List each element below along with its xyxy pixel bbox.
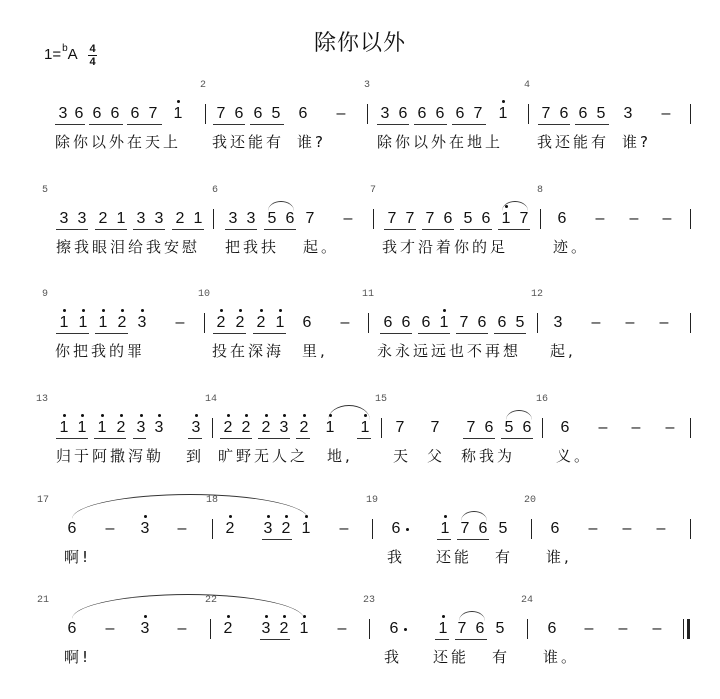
note: 3 (227, 210, 239, 228)
note: 3 (552, 314, 564, 332)
note: 5 (503, 419, 515, 437)
note: 5 (595, 105, 607, 123)
octave-dot (102, 309, 105, 312)
note: 7 (465, 419, 477, 437)
eighth-underline (56, 229, 88, 230)
octave-dot (82, 309, 85, 312)
note: 7 (304, 210, 316, 228)
dash: – (661, 210, 673, 228)
barline (212, 519, 213, 539)
lyric-text: 我还能有 (537, 131, 609, 152)
note: 2 (298, 419, 310, 437)
lyric-text: 起, (550, 340, 576, 361)
note: 2 (224, 520, 236, 538)
note: 6 (474, 620, 486, 638)
dash: – (174, 314, 186, 332)
note: 1 (359, 419, 371, 437)
dash: – (597, 419, 609, 437)
note: 3 (153, 210, 165, 228)
measure-number: 17 (37, 495, 49, 506)
barline (537, 313, 538, 333)
note: 1 (438, 314, 450, 332)
note: 2 (115, 419, 127, 437)
lyric-text: 称我为 (461, 445, 515, 466)
note: 6 (442, 210, 454, 228)
note: 6 (549, 520, 561, 538)
octave-dot (195, 414, 198, 417)
dash: – (176, 620, 188, 638)
note: 2 (222, 419, 234, 437)
time-signature-bottom: 4 (88, 57, 97, 67)
slur (502, 201, 528, 211)
lyric-text: 我 (387, 546, 405, 567)
note: 6 (483, 419, 495, 437)
song-title: 除你以外 (0, 26, 720, 57)
eighth-underline (296, 438, 310, 439)
note: 3 (190, 419, 202, 437)
note: 7 (459, 520, 471, 538)
lyric-text: 谁。 (543, 646, 579, 667)
note: 6 (559, 419, 571, 437)
eighth-underline (220, 438, 252, 439)
lyric-text: 擦我眼泪给我安慰 (56, 236, 200, 257)
eighth-underline (377, 124, 409, 125)
note: 3 (139, 620, 151, 638)
slur (72, 494, 308, 519)
note: 1 (58, 419, 70, 437)
barline (690, 519, 691, 539)
note: 5 (497, 520, 509, 538)
lyric-text: 谁? (622, 131, 651, 152)
barline (690, 104, 691, 124)
note: 2 (260, 419, 272, 437)
note: 2 (255, 314, 267, 332)
note: 6 (480, 210, 492, 228)
note: 6 (454, 105, 466, 123)
note: 6 (390, 520, 402, 538)
time-signature: 4 4 (88, 44, 97, 67)
measure-number: 2 (200, 80, 206, 91)
barline (373, 209, 374, 229)
octave-dot (121, 309, 124, 312)
eighth-underline (437, 539, 451, 540)
octave-dot (227, 414, 230, 417)
barline (205, 104, 206, 124)
eighth-underline (435, 639, 449, 640)
key-signature: 1=bA (44, 46, 78, 63)
dash: – (594, 210, 606, 228)
note: 1 (324, 419, 336, 437)
note: 6 (476, 314, 488, 332)
eighth-underline (94, 438, 126, 439)
octave-dot (141, 309, 144, 312)
note: 6 (382, 314, 394, 332)
eighth-underline (253, 333, 286, 334)
lyric-text: 永永远远也不再想 (377, 340, 521, 361)
note: 6 (558, 105, 570, 123)
dash: – (590, 314, 602, 332)
slur (459, 611, 485, 621)
slur (461, 511, 487, 521)
note: 3 (135, 210, 147, 228)
note: 6 (577, 105, 589, 123)
note: 6 (129, 105, 141, 123)
barline (204, 313, 205, 333)
note: 3 (135, 419, 147, 437)
measure-number: 24 (521, 595, 533, 606)
octave-dot (279, 309, 282, 312)
measure-number: 20 (524, 495, 536, 506)
note: 5 (494, 620, 506, 638)
octave-dot (265, 414, 268, 417)
dash: – (655, 520, 667, 538)
note: 7 (404, 210, 416, 228)
note: 3 (153, 419, 165, 437)
eighth-underline (225, 229, 257, 230)
note: 6 (420, 314, 432, 332)
eighth-underline (213, 124, 245, 125)
barline (368, 313, 369, 333)
barline (690, 418, 691, 438)
barline (683, 619, 684, 639)
eighth-underline (575, 124, 609, 125)
note: 7 (518, 210, 530, 228)
lyric-text: 投在深海 (212, 340, 284, 361)
octave-dot (120, 414, 123, 417)
eighth-underline (262, 539, 292, 540)
measure-number: 12 (531, 289, 543, 300)
note: 7 (394, 419, 406, 437)
note: 2 (240, 419, 252, 437)
lyric-text: 我还能有 (212, 131, 284, 152)
lyric-text: 谁? (297, 131, 326, 152)
note: 3 (260, 620, 272, 638)
lyric-text: 啊! (64, 646, 91, 667)
note: 2 (97, 210, 109, 228)
lyric-text: 有 (492, 646, 510, 667)
dash: – (630, 419, 642, 437)
dash: – (587, 520, 599, 538)
note: 1 (97, 314, 109, 332)
note: 6 (400, 314, 412, 332)
note: 3 (57, 105, 69, 123)
barline (542, 418, 543, 438)
lyric-text: 父 (427, 445, 445, 466)
octave-dot (81, 414, 84, 417)
measure-number: 9 (42, 289, 48, 300)
barline (540, 209, 541, 229)
eighth-underline (414, 124, 447, 125)
note: 7 (458, 314, 470, 332)
key-note: A (68, 46, 78, 63)
note: 6 (297, 105, 309, 123)
dash: – (621, 520, 633, 538)
measure-number: 7 (370, 185, 376, 196)
eighth-underline (258, 438, 290, 439)
lyric-text: 你把我的罪 (55, 340, 145, 361)
note: 3 (262, 520, 274, 538)
note: 6 (434, 105, 446, 123)
eighth-underline (56, 438, 88, 439)
dash: – (335, 105, 347, 123)
note: 6 (388, 620, 400, 638)
eighth-underline (452, 124, 486, 125)
eighth-underline (95, 333, 128, 334)
lyric-text: 我 (384, 646, 402, 667)
note: 3 (245, 210, 257, 228)
eighth-underline (264, 229, 296, 230)
eighth-underline (127, 124, 162, 125)
lyric-text: 有 (495, 546, 513, 567)
note: 3 (278, 419, 290, 437)
eighth-underline (213, 333, 246, 334)
lyric-text: 我才沿着你的足 (382, 236, 508, 257)
barline (527, 619, 528, 639)
note: 6 (252, 105, 264, 123)
note: 6 (66, 520, 78, 538)
note: 7 (147, 105, 159, 123)
dash: – (660, 105, 672, 123)
octave-dot (140, 414, 143, 417)
note: 5 (514, 314, 526, 332)
barline (210, 619, 211, 639)
octave-dot (283, 414, 286, 417)
final-barline (687, 619, 690, 639)
eighth-underline (357, 438, 371, 439)
note: 7 (456, 620, 468, 638)
note: 2 (222, 620, 234, 638)
measure-number: 10 (198, 289, 210, 300)
note: 2 (116, 314, 128, 332)
slur (506, 410, 532, 420)
note: 5 (270, 105, 282, 123)
barline (528, 104, 529, 124)
octave-dot (63, 414, 66, 417)
note: 1 (497, 105, 509, 123)
dash: – (336, 620, 348, 638)
octave-dot (63, 309, 66, 312)
lyric-text: 天 (393, 445, 411, 466)
lyric-text: 谁, (546, 546, 572, 567)
dash: – (658, 314, 670, 332)
lyric-text: 到 (186, 445, 204, 466)
dash: – (176, 520, 188, 538)
note: 6 (521, 419, 533, 437)
barline (367, 104, 368, 124)
barline (690, 313, 691, 333)
note: 1 (96, 419, 108, 437)
octave-dot (245, 414, 248, 417)
measure-number: 16 (536, 394, 548, 405)
note: 1 (500, 210, 512, 228)
eighth-underline (384, 229, 416, 230)
barline (213, 209, 214, 229)
note: 1 (298, 620, 310, 638)
note: 1 (300, 520, 312, 538)
note: 1 (77, 314, 89, 332)
note: 1 (58, 314, 70, 332)
eighth-underline (260, 639, 290, 640)
note: 6 (233, 105, 245, 123)
augmentation-dot (406, 528, 409, 531)
eighth-underline (172, 229, 204, 230)
slur (72, 594, 304, 619)
measure-number: 3 (364, 80, 370, 91)
note: 3 (76, 210, 88, 228)
dash: – (651, 620, 663, 638)
lyric-text: 旷野无人之 (218, 445, 308, 466)
measure-number: 19 (366, 495, 378, 506)
note: 1 (437, 620, 449, 638)
note: 1 (76, 419, 88, 437)
octave-dot (260, 309, 263, 312)
measure-number: 11 (362, 289, 374, 300)
dash: – (104, 620, 116, 638)
note: 6 (91, 105, 103, 123)
measure-number: 4 (524, 80, 530, 91)
note: 3 (58, 210, 70, 228)
eighth-underline (188, 438, 202, 439)
eighth-underline (133, 438, 146, 439)
octave-dot (443, 309, 446, 312)
octave-dot (220, 309, 223, 312)
note: 6 (301, 314, 313, 332)
barline (369, 619, 370, 639)
slur (268, 201, 294, 211)
lyric-text: 里, (302, 340, 328, 361)
dash: – (628, 210, 640, 228)
barline (372, 519, 373, 539)
note: 7 (429, 419, 441, 437)
note: 2 (174, 210, 186, 228)
lyric-text: 还能 (433, 646, 469, 667)
eighth-underline (463, 438, 495, 439)
note: 5 (266, 210, 278, 228)
time-signature-top: 4 (88, 44, 97, 54)
note: 7 (424, 210, 436, 228)
measure-number: 23 (363, 595, 375, 606)
note: 3 (379, 105, 391, 123)
barline (212, 418, 213, 438)
dash: – (664, 419, 676, 437)
lyric-text: 义。 (556, 445, 592, 466)
octave-dot (158, 414, 161, 417)
note: 6 (416, 105, 428, 123)
key-prefix: 1= (44, 46, 61, 63)
measure-number: 14 (205, 394, 217, 405)
measure-number: 6 (212, 185, 218, 196)
note: 6 (546, 620, 558, 638)
augmentation-dot (404, 628, 407, 631)
note: 6 (109, 105, 121, 123)
dash: – (339, 314, 351, 332)
eighth-underline (498, 229, 530, 230)
eighth-underline (455, 639, 487, 640)
lyric-text: 把我扶 (225, 236, 279, 257)
octave-dot (502, 100, 505, 103)
eighth-underline (380, 333, 412, 334)
eighth-underline (95, 229, 127, 230)
eighth-underline (250, 124, 284, 125)
barline (531, 519, 532, 539)
note: 5 (462, 210, 474, 228)
dash: – (104, 520, 116, 538)
note: 2 (215, 314, 227, 332)
octave-dot (303, 414, 306, 417)
measure-number: 21 (37, 595, 49, 606)
lyric-text: 起。 (303, 236, 339, 257)
dash: – (624, 314, 636, 332)
dash: – (338, 520, 350, 538)
note: 7 (215, 105, 227, 123)
note: 6 (496, 314, 508, 332)
note: 1 (172, 105, 184, 123)
note: 1 (439, 520, 451, 538)
eighth-underline (55, 124, 85, 125)
lyric-text: 除你以外在地上 (377, 131, 503, 152)
note: 6 (284, 210, 296, 228)
note: 1 (274, 314, 286, 332)
note: 2 (280, 520, 292, 538)
eighth-underline (133, 229, 165, 230)
barline (381, 418, 382, 438)
note: 1 (115, 210, 127, 228)
lyric-text: 啊! (64, 546, 91, 567)
measure-number: 5 (42, 185, 48, 196)
eighth-underline (418, 333, 450, 334)
dash: – (583, 620, 595, 638)
note: 6 (397, 105, 409, 123)
note: 2 (278, 620, 290, 638)
eighth-underline (89, 124, 123, 125)
measure-number: 13 (36, 394, 48, 405)
eighth-underline (56, 333, 89, 334)
octave-dot (177, 100, 180, 103)
dash: – (617, 620, 629, 638)
eighth-underline (456, 333, 488, 334)
note: 6 (73, 105, 85, 123)
eighth-underline (494, 333, 526, 334)
lyric-text: 除你以外在天上 (55, 131, 181, 152)
measure-number: 8 (537, 185, 543, 196)
octave-dot (239, 309, 242, 312)
note: 3 (139, 520, 151, 538)
note: 3 (136, 314, 148, 332)
note: 7 (386, 210, 398, 228)
octave-dot (442, 615, 445, 618)
lyric-text: 还能 (436, 546, 472, 567)
measure-number: 15 (375, 394, 387, 405)
note: 6 (556, 210, 568, 228)
note: 6 (66, 620, 78, 638)
octave-dot (444, 515, 447, 518)
note: 7 (540, 105, 552, 123)
barline (690, 209, 691, 229)
note: 2 (234, 314, 246, 332)
note: 3 (622, 105, 634, 123)
eighth-underline (538, 124, 570, 125)
eighth-underline (457, 539, 489, 540)
eighth-underline (501, 438, 533, 439)
lyric-text: 迹。 (553, 236, 589, 257)
octave-dot (101, 414, 104, 417)
flat-symbol: b (62, 43, 68, 54)
note: 7 (472, 105, 484, 123)
note: 6 (477, 520, 489, 538)
lyric-text: 归于阿撒泻勒 (56, 445, 164, 466)
dash: – (342, 210, 354, 228)
note: 1 (192, 210, 204, 228)
